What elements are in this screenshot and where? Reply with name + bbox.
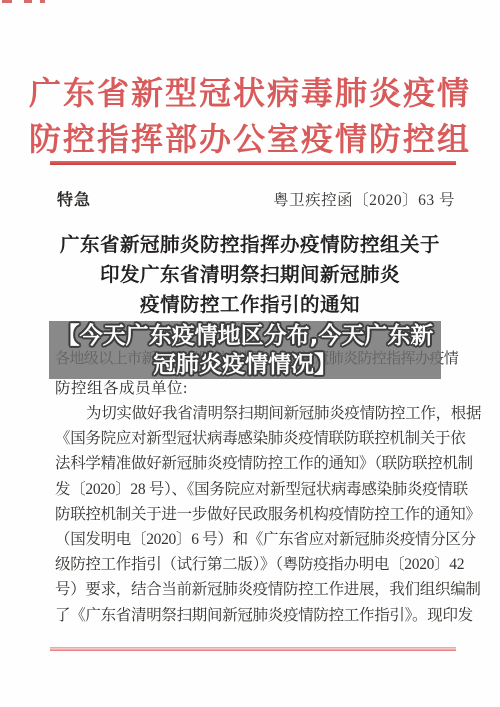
document-title-line1: 广东省新冠肺炎防控指挥办疫情防控组关于 — [0, 231, 500, 261]
overlay-caption-line1: 【今天广东疫情地区分布,今天广东新 — [49, 322, 441, 350]
document-title: 广东省新冠肺炎防控指挥办疫情防控组关于 印发广东省清明祭扫期间新冠肺炎 疫情防控… — [0, 231, 500, 321]
body-line: 防联控机制关于进一步做好民政服务机构疫情防控工作的通知》 — [55, 502, 459, 527]
urgency-label: 特急 — [57, 187, 91, 210]
document-body: 为切实做好我省清明祭扫期间新冠肺炎疫情防控工作，根据 《国务院应对新型冠状病毒感… — [55, 401, 459, 628]
body-line: 了《广东省清明祭扫期间新冠肺炎疫情防控工作指引》。现印发 — [55, 603, 459, 628]
scan-artifact-mark — [40, 0, 45, 3]
letterhead: 广东省新型冠状病毒肺炎疫情 防控指挥部办公室疫情防控组 — [0, 70, 500, 162]
page-bottom-rule — [50, 647, 456, 651]
body-line: 法科学精准做好新冠肺炎疫情防控工作的通知》（联防联控机制 — [55, 451, 459, 476]
document-meta-row: 特急 粤卫疾控函〔2020〕63 号 — [57, 187, 455, 210]
letterhead-line2: 防控指挥部办公室疫情防控组 — [0, 116, 500, 162]
body-line: 为切实做好我省清明祭扫期间新冠肺炎疫情防控工作，根据 — [55, 401, 459, 426]
recipient-line2: 防控组各成员单位: — [55, 376, 188, 398]
overlay-caption-line2: 冠肺炎疫情情况】 — [49, 351, 441, 379]
scan-artifact-mark — [2, 0, 12, 3]
document-number: 粤卫疾控函〔2020〕63 号 — [273, 188, 455, 210]
letterhead-line1: 广东省新型冠状病毒肺炎疫情 — [0, 70, 500, 116]
body-line: 《国务院应对新型冠状病毒感染肺炎疫情联防联控机制关于依 — [55, 426, 459, 451]
body-line: 号）要求，结合当前新冠肺炎疫情防控工作进展，我们组织编制 — [55, 577, 459, 602]
body-line: 级防控工作指引（试行第二版）》（粤防疫指办明电〔2020〕42 — [55, 552, 459, 577]
body-line: 发〔2020〕28 号）、《国务院应对新型冠状病毒感染肺炎疫情联 — [55, 477, 459, 502]
overlay-caption-banner: 【今天广东疫情地区分布,今天广东新 冠肺炎疫情情况】 — [49, 321, 441, 379]
body-line: （国发明电〔2020〕6 号）和《广东省应对新冠肺炎疫情分区分 — [55, 527, 459, 552]
document-title-line3: 疫情防控工作指引的通知 — [0, 291, 500, 321]
letterhead-divider-rule — [50, 161, 456, 165]
scanned-document-page: 广东省新型冠状病毒肺炎疫情 防控指挥部办公室疫情防控组 特急 粤卫疾控函〔202… — [0, 0, 500, 707]
scan-artifact-mark — [24, 0, 32, 3]
document-title-line2: 印发广东省清明祭扫期间新冠肺炎 — [0, 261, 500, 291]
